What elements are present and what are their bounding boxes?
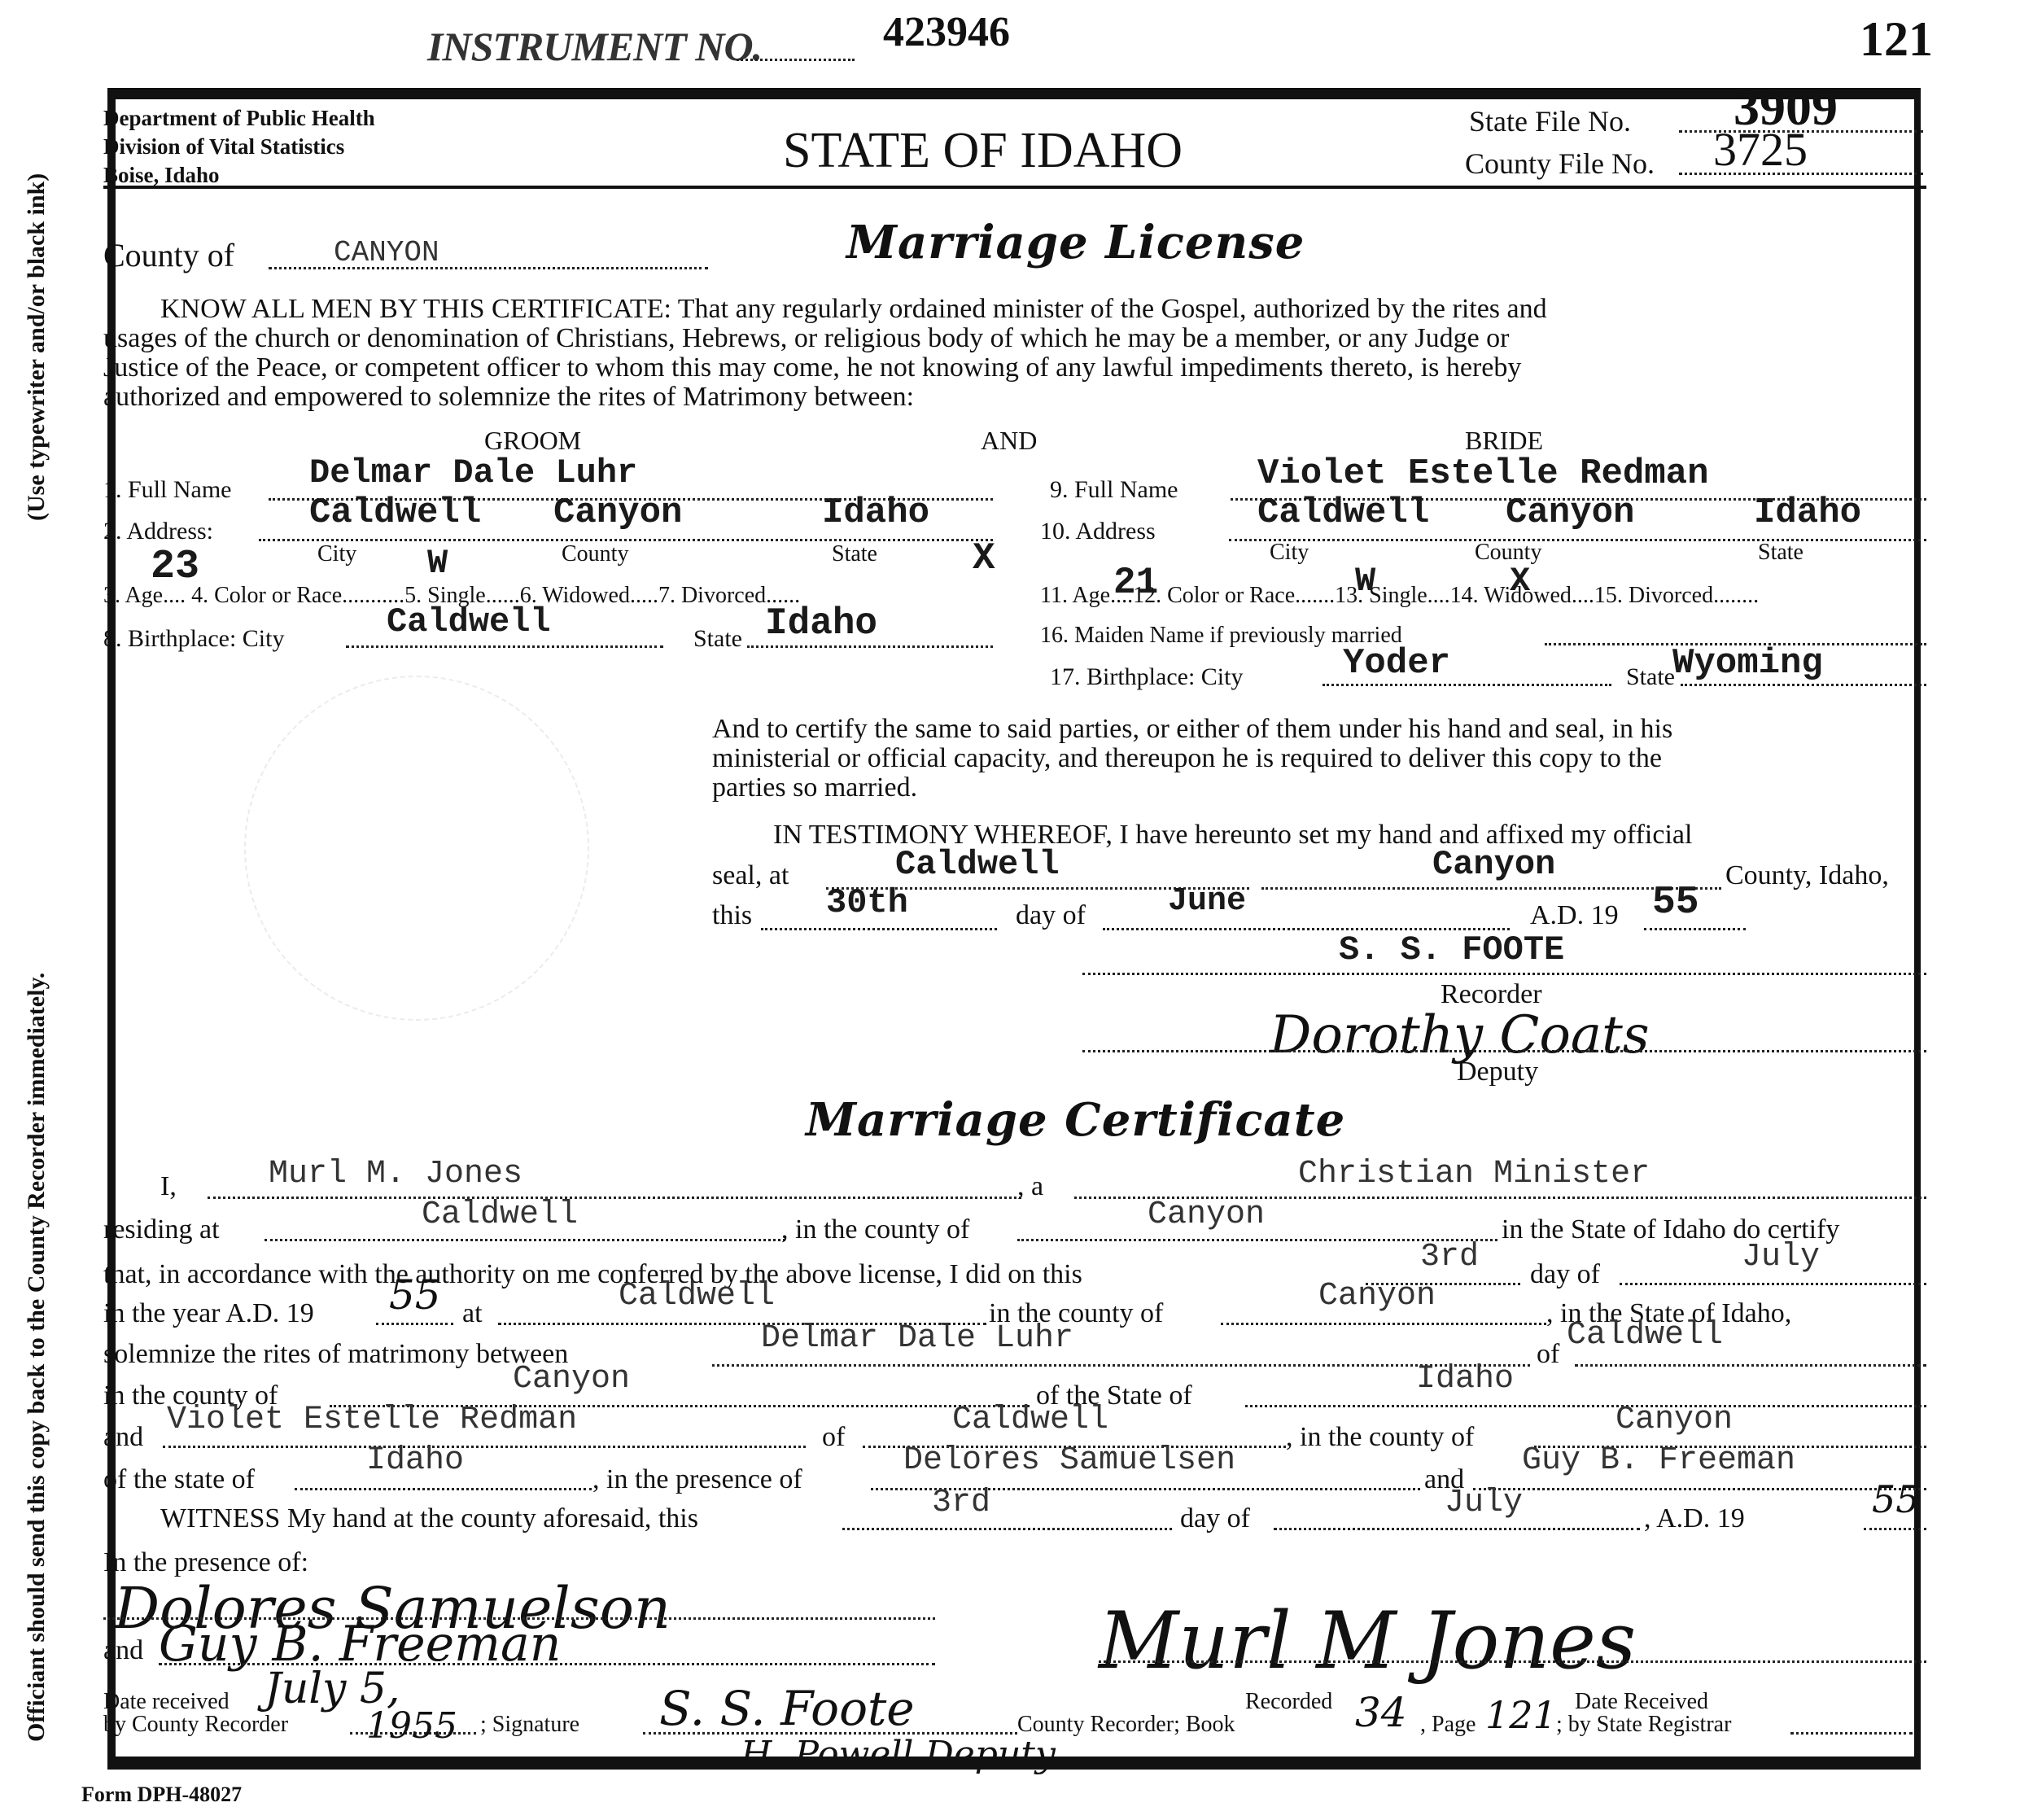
- groom-birthplace-state: Idaho: [765, 602, 877, 645]
- bride-address-line: [1229, 539, 1926, 541]
- seal-county: Canyon: [1432, 845, 1555, 884]
- solemnize-label: solemnize the rites of matrimony between: [103, 1340, 568, 1369]
- bride-of-label: of: [822, 1423, 845, 1452]
- certify-line-2: ministerial or official capacity, and th…: [712, 744, 1662, 773]
- bride-birthplace-state-label: State: [1626, 663, 1675, 691]
- ceremony-county-line: [1221, 1323, 1546, 1325]
- license-month: June: [1168, 883, 1246, 920]
- bride-heading: BRIDE: [1465, 426, 1543, 456]
- year-line: [1644, 928, 1746, 930]
- year-label: in the year A.D. 19: [103, 1299, 314, 1328]
- seal-at-label: seal, at: [712, 861, 789, 890]
- groom-full-name: Delmar Dale Luhr: [309, 453, 637, 492]
- book-number: 34: [1355, 1689, 1407, 1736]
- deputy-label: Deputy: [1457, 1057, 1538, 1087]
- witness2-line: [1473, 1488, 1926, 1490]
- license-title: Marriage License: [846, 216, 1305, 269]
- preamble-line-2: usages of the church or denomination of …: [103, 324, 1509, 353]
- ceremony-year: 55: [389, 1271, 441, 1319]
- date-received-year: 1955: [366, 1705, 457, 1747]
- certify-line-3: parties so married.: [712, 773, 917, 803]
- ceremony-day-of-label: day of: [1530, 1260, 1600, 1289]
- bride-single-mark: X: [1510, 562, 1530, 601]
- county-recorder-label: County Recorder; Book: [1017, 1712, 1235, 1738]
- witness2-name: Guy B. Freeman: [1522, 1442, 1795, 1479]
- certificate-bride-county: Canyon: [1615, 1402, 1733, 1438]
- preamble-line-3: Justice of the Peace, or competent offic…: [103, 353, 1521, 383]
- certificate-groom-name: Delmar Dale Luhr: [761, 1320, 1073, 1357]
- bride-birthplace-city: Yoder: [1343, 643, 1450, 684]
- groom-full-name-label: 1. Full Name: [103, 476, 232, 504]
- in-presence-label: In the presence of:: [103, 1548, 308, 1577]
- certificate-title: Marriage Certificate: [806, 1093, 1345, 1147]
- witness1-name: Delores Samuelsen: [903, 1442, 1235, 1479]
- groom-address-city: Caldwell: [309, 492, 481, 533]
- of-label: of: [1537, 1340, 1559, 1369]
- state-received-label-2: ; by State Registrar: [1556, 1712, 1731, 1738]
- certificate-bride-state: Idaho: [366, 1442, 464, 1479]
- department-line-2: Division of Vital Statistics: [103, 134, 344, 160]
- bride-address-county: Canyon: [1506, 492, 1634, 533]
- side-note-ink: (Use typewriter and/or black ink): [23, 173, 50, 521]
- witness-month-line: [1274, 1528, 1640, 1530]
- witness-year: 55: [1872, 1477, 1920, 1521]
- day-line: [761, 928, 997, 930]
- state-received-line: [1790, 1732, 1913, 1735]
- certify-line-1: And to certify the same to said parties,…: [712, 715, 1672, 744]
- ceremony-county: Canyon: [1318, 1278, 1436, 1315]
- deputy-line: [1082, 1050, 1926, 1052]
- department-line-1: Department of Public Health: [103, 106, 375, 131]
- certificate-groom-city: Caldwell: [1567, 1317, 1723, 1354]
- groom-birthplace-label: 8. Birthplace: City: [103, 625, 284, 653]
- bride-full-name: Violet Estelle Redman: [1257, 453, 1709, 494]
- residing-label: residing at: [103, 1215, 220, 1245]
- page-number: 121: [1860, 11, 1933, 68]
- residing-city: Caldwell: [422, 1197, 578, 1233]
- preamble-line-1: KNOW ALL MEN BY THIS CERTIFICATE: That a…: [160, 295, 1547, 324]
- groom-address-state: Idaho: [822, 492, 929, 533]
- ceremony-day: 3rd: [1420, 1239, 1479, 1275]
- groom-address-county: Canyon: [553, 492, 682, 533]
- instrument-dotted-line: [737, 59, 855, 61]
- bride-state-line: [295, 1488, 592, 1490]
- groom-state-line: [1245, 1405, 1926, 1407]
- groom-sub-state: State: [832, 541, 877, 567]
- i-label: I,: [160, 1172, 177, 1201]
- witness2-and-label: and: [103, 1636, 143, 1665]
- groom-sub-city: City: [317, 541, 356, 567]
- certificate-bride-name: Violet Estelle Redman: [167, 1402, 577, 1438]
- seal-city: Caldwell: [895, 845, 1060, 884]
- recorder-line: [1082, 973, 1926, 975]
- groom-race: W: [427, 544, 448, 583]
- bride-age: 21: [1113, 562, 1158, 604]
- ad-label: A.D. 19: [1530, 901, 1619, 930]
- preamble-line-4: authorized and empowered to solemnize th…: [103, 383, 914, 412]
- embossed-seal: [244, 676, 589, 1021]
- date-received-label-2: by County Recorder: [103, 1712, 288, 1738]
- residing-city-line: [265, 1239, 785, 1241]
- this-label: this: [712, 901, 752, 930]
- certificate-groom-state: Idaho: [1416, 1361, 1514, 1398]
- bride-sub-city: City: [1270, 540, 1309, 566]
- instrument-number: 423946: [883, 8, 1010, 56]
- groom-city-line: [1575, 1364, 1926, 1367]
- ceremony-month-line: [1620, 1283, 1926, 1285]
- officiant-title: Christian Minister: [1298, 1156, 1650, 1192]
- bride-name-line: [163, 1446, 806, 1448]
- recorded-label: Recorded: [1245, 1689, 1332, 1715]
- bride-sub-county: County: [1475, 540, 1541, 566]
- groom-birthplace-state-line: [747, 645, 993, 648]
- witness-day-of-label: day of: [1180, 1504, 1250, 1533]
- and-label: and: [103, 1423, 143, 1452]
- bride-address-label: 10. Address: [1040, 518, 1156, 545]
- bride-county-label: , in the county of: [1286, 1423, 1474, 1452]
- and-heading: AND: [981, 426, 1037, 456]
- groom-sub-county: County: [562, 541, 628, 567]
- officiant-name-line: [208, 1197, 1021, 1199]
- certificate-groom-county: Canyon: [513, 1361, 630, 1398]
- department-line-3: Boise, Idaho: [103, 163, 220, 188]
- bride-sub-state: State: [1758, 540, 1803, 566]
- groom-birthplace-city-line: [346, 645, 663, 648]
- witness-day: 3rd: [932, 1485, 990, 1521]
- bride-race: W: [1355, 562, 1375, 601]
- header-rule: [103, 186, 1926, 189]
- officiant-name: Murl M. Jones: [269, 1156, 522, 1192]
- state-file-label: State File No.: [1469, 104, 1631, 138]
- bride-full-name-label: 9. Full Name: [1050, 476, 1178, 504]
- county-of-value: CANYON: [334, 236, 439, 269]
- bride-state-label: of the state of: [103, 1465, 255, 1494]
- officiant-signature: Murl M Jones: [1099, 1595, 1636, 1687]
- page-value: 121: [1485, 1693, 1557, 1737]
- certificate-bride-city: Caldwell: [952, 1402, 1108, 1438]
- groom-age: 23: [151, 544, 199, 590]
- bride-address-state: Idaho: [1754, 492, 1861, 533]
- bride-birthplace-city-line: [1323, 684, 1611, 686]
- deputy-footer-signature: H. Powell Deputy: [741, 1734, 1056, 1775]
- signature-label: ; Signature: [480, 1712, 579, 1738]
- side-note-officiant: Officiant should send this copy back to …: [23, 973, 50, 1742]
- groom-address-label: 2. Address:: [103, 518, 213, 545]
- bride-birthplace-label: 17. Birthplace: City: [1050, 663, 1243, 691]
- instrument-label: INSTRUMENT NO.: [427, 23, 762, 70]
- groom-birthplace-state-label: State: [693, 625, 742, 653]
- form-number: Form DPH-48027: [81, 1783, 242, 1807]
- license-year: 55: [1652, 881, 1699, 925]
- at-label: at: [462, 1299, 483, 1328]
- ceremony-city: Caldwell: [619, 1278, 775, 1315]
- bride-birthplace-state-line: [1681, 684, 1926, 686]
- ceremony-year-line: [376, 1323, 453, 1325]
- page-label: , Page: [1420, 1712, 1476, 1738]
- in-county-label: , in the county of: [781, 1215, 969, 1245]
- witness-month: July: [1445, 1485, 1523, 1521]
- witness-text: WITNESS My hand at the county aforesaid,…: [160, 1504, 698, 1533]
- county-file-number: 3725: [1713, 122, 1808, 177]
- presence-label: , in the presence of: [592, 1465, 802, 1494]
- recorder-name: S. S. FOOTE: [1339, 930, 1564, 969]
- authority-text: that, in accordance with the authority o…: [103, 1260, 1082, 1289]
- license-day: 30th: [826, 883, 908, 922]
- groom-name-line: [712, 1364, 1530, 1367]
- county-of-label: County of: [103, 236, 234, 274]
- groom-single-mark: X: [973, 537, 995, 580]
- groom-heading: GROOM: [484, 426, 581, 456]
- day-of-label: day of: [1016, 901, 1086, 930]
- recorder-signature: S. S. Foote: [659, 1681, 915, 1736]
- bride-address-city: Caldwell: [1257, 492, 1429, 533]
- witness-day-line: [842, 1528, 1172, 1530]
- ceremony-month: July: [1742, 1239, 1820, 1275]
- bride-birthplace-state: Wyoming: [1672, 643, 1823, 684]
- witness-year-line: [1864, 1528, 1926, 1530]
- officiant-signature-line: [1099, 1660, 1926, 1663]
- state-title: STATE OF IDAHO: [783, 122, 1183, 180]
- county-file-label: County File No.: [1465, 147, 1655, 181]
- a-label: , a: [1017, 1172, 1043, 1201]
- groom-birthplace-city: Caldwell: [387, 602, 551, 641]
- county-idaho-label: County, Idaho,: [1725, 861, 1889, 890]
- residing-county: Canyon: [1148, 1197, 1265, 1233]
- witness-ad-label: , A.D. 19: [1644, 1504, 1745, 1533]
